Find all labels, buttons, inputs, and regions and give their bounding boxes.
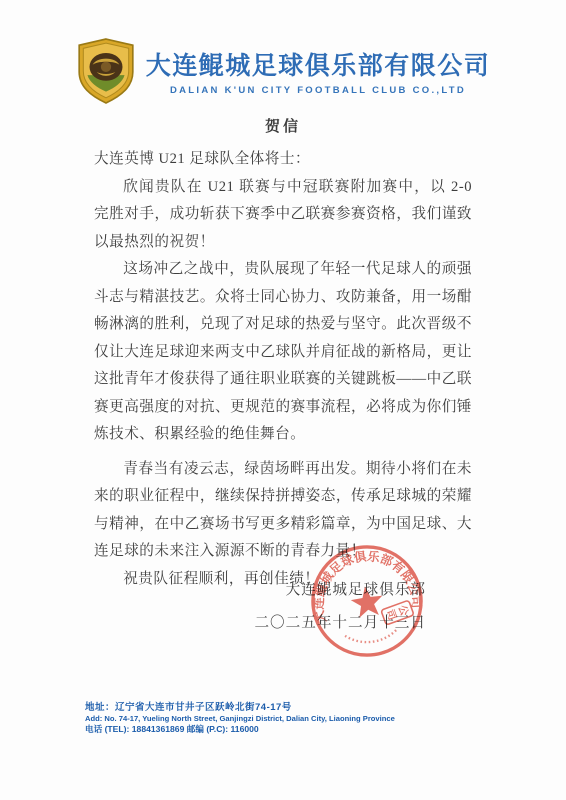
footer-address-cn: 地址：辽宁省大连市甘井子区跃岭北街74-17号	[85, 702, 515, 714]
footer-address-en: Add: No. 74-17, Yueling North Street, Ga…	[85, 714, 515, 724]
paragraph-3: 青春当有凌云志，绿茵场畔再出发。期待小将们在未来的职业征程中，继续保持拼搏姿态，…	[94, 456, 472, 566]
signoff-block: 大连鲲城足球俱乐部 二〇二五年十二月十三日	[254, 574, 426, 640]
salutation: 大连英博 U21 足球队全体将士：	[94, 146, 472, 174]
footer-phone-postcode: 电话 (TEL): 18841361869 邮编 (P.C): 116000	[85, 724, 515, 735]
letter-body: 大连英博 U21 足球队全体将士： 欣闻贵队在 U21 联赛与中冠联赛附加赛中，…	[94, 146, 472, 593]
signature: 大连鲲城足球俱乐部	[254, 574, 426, 607]
paragraph-1: 欣闻贵队在 U21 联赛与中冠联赛附加赛中，以 2-0 完胜对手，成功斩获下赛季…	[94, 174, 472, 257]
letter-page: 大连鲲城足球俱乐部有限公司 DALIAN K'UN CITY FOOTBALL …	[0, 0, 566, 800]
letterhead: 大连鲲城足球俱乐部有限公司 DALIAN K'UN CITY FOOTBALL …	[0, 38, 566, 104]
company-name-en: DALIAN K'UN CITY FOOTBALL CLUB CO.,LTD	[170, 85, 466, 96]
paragraph-2: 这场冲乙之战中，贵队展现了年轻一代足球人的顽强斗志与精湛技艺。众将士同心协力、攻…	[94, 256, 472, 449]
date: 二〇二五年十二月十三日	[254, 607, 426, 640]
brand-block: 大连鲲城足球俱乐部有限公司 DALIAN K'UN CITY FOOTBALL …	[146, 46, 491, 96]
club-crest-icon	[76, 38, 136, 104]
letter-title: 贺信	[0, 115, 566, 136]
footer-contact: 地址：辽宁省大连市甘井子区跃岭北街74-17号 Add: No. 74-17, …	[85, 702, 515, 735]
company-name-cn: 大连鲲城足球俱乐部有限公司	[146, 46, 491, 82]
